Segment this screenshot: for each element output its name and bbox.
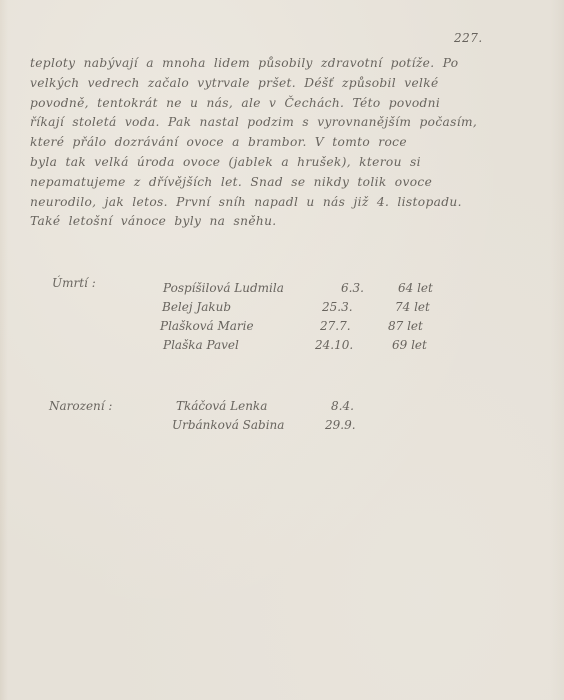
deaths-label: Úmrtí : [52,276,96,290]
age-at-death: 64 let [398,281,433,295]
text-line: velkých vedrech začalo vytrvale pršet. D… [30,74,510,94]
death-date: 24.10. [315,338,353,352]
birth-date: 29.9. [325,418,356,432]
chronicle-text: teploty nabývají a mnoha lidem působily … [30,54,510,232]
person-name: Plaška Pavel [163,338,239,352]
person-name: Tkáčová Lenka [176,399,267,413]
death-date: 27.7. [320,319,351,333]
text-line: neurodilo, jak letos. První sníh napadl … [30,193,510,213]
person-name: Urbánková Sabina [172,418,284,432]
person-name: Belej Jakub [162,300,231,314]
page-number: 227. [454,31,483,45]
age-at-death: 87 let [388,319,423,333]
text-line: teploty nabývají a mnoha lidem působily … [30,54,510,74]
chronicle-page: 227. teploty nabývají a mnoha lidem půso… [0,0,564,700]
text-line: říkají stoletá voda. Pak nastal podzim s… [30,113,510,133]
text-line: Také letošní vánoce byly na sněhu. [30,212,510,232]
text-line: byla tak velká úroda ovoce (jablek a hru… [30,153,510,173]
text-line: nepamatujeme z dřívějších let. Snad se n… [30,173,510,193]
person-name: Pospíšilová Ludmila [163,281,284,295]
age-at-death: 69 let [392,338,427,352]
death-date: 6.3. [341,281,364,295]
text-line: povodně, tentokrát ne u nás, ale v Čechá… [30,94,510,114]
death-date: 25.3. [322,300,353,314]
text-line: které přálo dozrávání ovoce a brambor. V… [30,133,510,153]
person-name: Plašková Marie [160,319,254,333]
births-label: Narození : [49,399,112,413]
birth-date: 8.4. [331,399,354,413]
age-at-death: 74 let [395,300,430,314]
